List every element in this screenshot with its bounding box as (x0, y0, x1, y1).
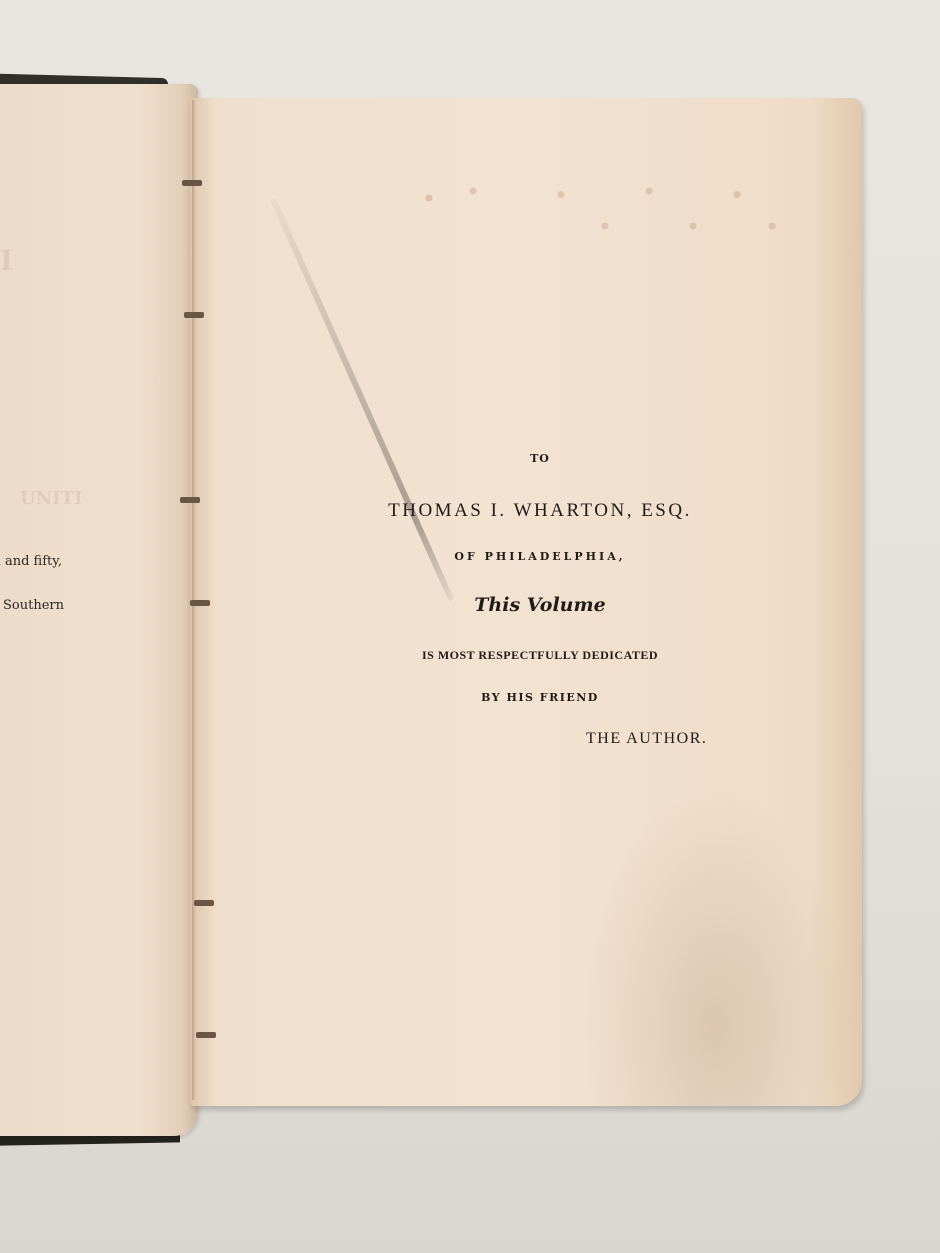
left-page-text-line: d and fifty, (0, 554, 62, 569)
dedication-to: TO (330, 452, 750, 465)
binding-stitch (184, 312, 204, 318)
faded-handwritten-inscription (385, 170, 825, 240)
bleed-through-text: UNITI (20, 488, 82, 509)
binding-stitch (182, 180, 202, 186)
left-page-text-line: e Southern (0, 598, 64, 613)
this-volume-blackletter: This Volume (330, 594, 750, 616)
left-page: I UNITI d and fifty, e Southern (0, 84, 198, 1136)
binding-stitch (196, 1032, 216, 1038)
binding-stitch (190, 600, 210, 606)
dedicatee-location: OF PHILADELPHIA, (330, 550, 750, 563)
the-author-signature: THE AUTHOR. (586, 730, 707, 748)
by-his-friend: BY HIS FRIEND (330, 691, 750, 704)
bleed-through-text: I (0, 244, 13, 277)
binding-stitch (180, 497, 200, 503)
binding-stitch (194, 900, 214, 906)
dedication-statement: IS MOST RESPECTFULLY DEDICATED (330, 648, 750, 663)
dedicatee-name: THOMAS I. WHARTON, ESQ. (330, 500, 750, 522)
